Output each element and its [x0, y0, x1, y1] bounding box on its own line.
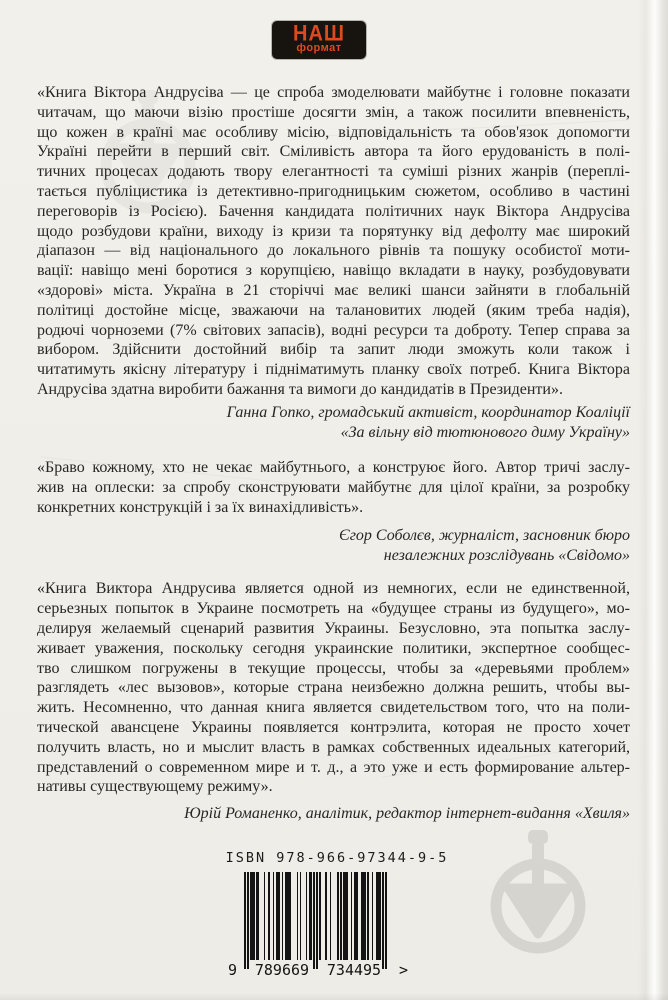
review-attribution-1: Ганна Гопко, громадський активіст, коорд… — [37, 403, 630, 443]
publisher-logo-line1: НАШ — [293, 25, 345, 44]
review-attribution-2: Єгор Соболєв, журналіст, засновник бюрон… — [37, 526, 630, 566]
review-quote-2: «Браво кожному, хто не чекає майбутнього… — [37, 458, 630, 517]
barcode-digit-lead: 9 — [228, 958, 237, 982]
back-cover-text: «Книга Віктора Андрусіва — це спроба змо… — [37, 83, 630, 824]
barcode-digit-group1: 789669 — [255, 958, 309, 982]
store-watermark-icon — [478, 828, 598, 968]
barcode-suffix: > — [399, 958, 408, 982]
review-attribution-3: Юрій Романенко, аналітик, редактор інтер… — [37, 804, 630, 824]
book-back-cover-photo: НАШ формат «Книга Віктора Андрусіва — це… — [0, 0, 668, 1000]
isbn-label: ISBN 978-966-97344-9-5 — [37, 850, 637, 866]
publisher-logo: НАШ формат — [272, 21, 366, 59]
review-quote-1: «Книга Віктора Андрусіва — це спроба змо… — [37, 83, 630, 400]
barcode-digits: 9 789669 734495 > — [228, 958, 408, 982]
review-quote-3: «Книга Виктора Андрусива является одной … — [37, 579, 630, 797]
cover-edge-highlight — [638, 0, 668, 1000]
barcode-digit-group2: 734495 — [327, 958, 381, 982]
ean13-barcode — [244, 872, 387, 969]
cover-edge-shadow — [0, 993, 668, 1000]
